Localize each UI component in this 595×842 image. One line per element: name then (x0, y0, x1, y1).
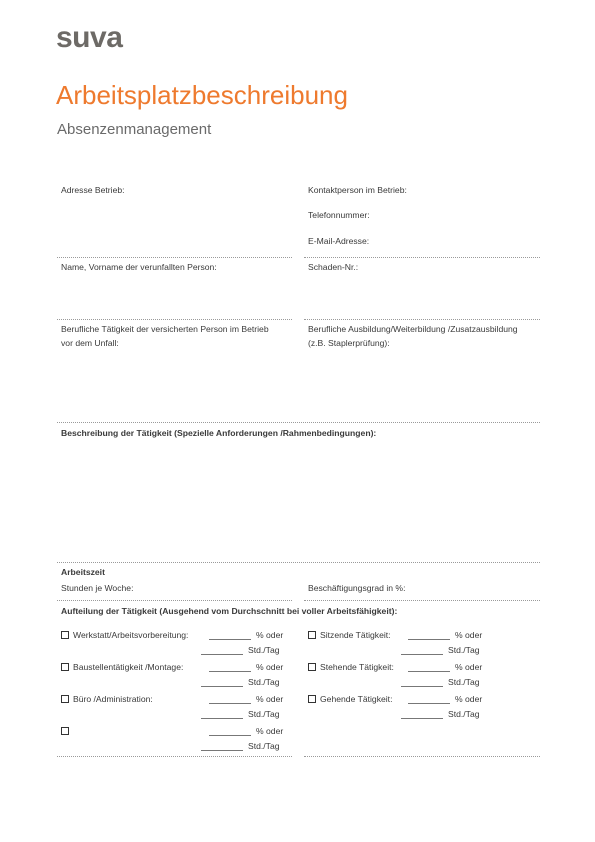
arbeitszeit-heading: Arbeitszeit (61, 565, 105, 579)
taetigkeit-field[interactable]: Berufliche Tätigkeit der versicherten Pe… (61, 322, 269, 350)
activity-werkstatt: Werkstatt/Arbeitsvorbereitung: % oder (61, 628, 283, 642)
divider (304, 319, 540, 320)
unit-label: % oder (256, 724, 283, 738)
activity-label: Baustellentätigkeit /Montage: (73, 660, 209, 674)
checkbox[interactable] (61, 727, 69, 735)
divider (57, 319, 292, 320)
unit-label: % oder (256, 692, 283, 706)
unit-label: % oder (455, 692, 482, 706)
percent-input[interactable] (408, 694, 450, 704)
hours-row: Std./Tag (201, 707, 280, 721)
unit-label: Std./Tag (248, 739, 280, 753)
aufteilung-heading: Aufteilung der Tätigkeit (Ausgehend vom … (61, 604, 397, 618)
telefonnummer-field[interactable]: Telefonnummer: (308, 208, 370, 222)
taetigkeit-label-2: vor dem Unfall: (61, 336, 269, 350)
hours-row: Std./Tag (401, 643, 480, 657)
beschreibung-field[interactable]: Beschreibung der Tätigkeit (Spezielle An… (61, 426, 376, 440)
divider (57, 562, 540, 563)
activity-buero: Büro /Administration: % oder (61, 692, 283, 706)
activity-stehend: Stehende Tätigkeit: % oder (308, 660, 482, 674)
unit-label: Std./Tag (248, 707, 280, 721)
hours-input[interactable] (401, 709, 443, 719)
ausbildung-label-1: Berufliche Ausbildung/Weiterbildung /Zus… (308, 322, 518, 336)
activity-baustelle: Baustellentätigkeit /Montage: % oder (61, 660, 283, 674)
unit-label: % oder (256, 628, 283, 642)
percent-input[interactable] (209, 630, 251, 640)
divider (57, 422, 540, 423)
activity-label: Stehende Tätigkeit: (320, 660, 408, 674)
unit-label: Std./Tag (448, 675, 480, 689)
beschaeftigungsgrad-field[interactable]: Beschäftigungsgrad in %: (308, 581, 405, 595)
hours-row: Std./Tag (401, 707, 480, 721)
activity-label: Werkstatt/Arbeitsvorbereitung: (73, 628, 209, 642)
hours-input[interactable] (201, 741, 243, 751)
hours-row: Std./Tag (201, 643, 280, 657)
divider (57, 600, 292, 601)
hours-row: Std./Tag (401, 675, 480, 689)
kontaktperson-field[interactable]: Kontaktperson im Betrieb: (308, 183, 407, 197)
divider (304, 600, 540, 601)
unit-label: % oder (256, 660, 283, 674)
checkbox[interactable] (308, 695, 316, 703)
checkbox[interactable] (308, 631, 316, 639)
unit-label: Std./Tag (248, 643, 280, 657)
hours-row: Std./Tag (201, 675, 280, 689)
hours-input[interactable] (401, 645, 443, 655)
divider (57, 257, 292, 258)
checkbox[interactable] (61, 663, 69, 671)
suva-logo: suva (56, 20, 122, 56)
page-title: Arbeitsplatzbeschreibung (56, 80, 348, 110)
taetigkeit-label-1: Berufliche Tätigkeit der versicherten Pe… (61, 322, 269, 336)
unit-label: % oder (455, 628, 482, 642)
hours-input[interactable] (201, 677, 243, 687)
unit-label: Std./Tag (448, 643, 480, 657)
name-person-field[interactable]: Name, Vorname der verunfallten Person: (61, 260, 217, 274)
hours-row: Std./Tag (201, 739, 280, 753)
unit-label: Std./Tag (448, 707, 480, 721)
page-subtitle: Absenzenmanagement (57, 121, 211, 139)
percent-input[interactable] (209, 662, 251, 672)
activity-gehend: Gehende Tätigkeit: % oder (308, 692, 482, 706)
activity-label: Büro /Administration: (73, 692, 209, 706)
hours-input[interactable] (201, 645, 243, 655)
activity-sitzend: Sitzende Tätigkeit: % oder (308, 628, 482, 642)
activity-label: Gehende Tätigkeit: (320, 692, 408, 706)
email-field[interactable]: E-Mail-Adresse: (308, 234, 369, 248)
checkbox[interactable] (308, 663, 316, 671)
unit-label: Std./Tag (248, 675, 280, 689)
percent-input[interactable] (209, 726, 251, 736)
ausbildung-field[interactable]: Berufliche Ausbildung/Weiterbildung /Zus… (308, 322, 518, 350)
divider (304, 756, 540, 757)
percent-input[interactable] (209, 694, 251, 704)
activity-label: Sitzende Tätigkeit: (320, 628, 408, 642)
divider (304, 257, 540, 258)
ausbildung-label-2: (z.B. Staplerprüfung): (308, 336, 518, 350)
adresse-betrieb-field[interactable]: Adresse Betrieb: (61, 183, 125, 197)
checkbox[interactable] (61, 695, 69, 703)
unit-label: % oder (455, 660, 482, 674)
divider (57, 756, 292, 757)
checkbox[interactable] (61, 631, 69, 639)
percent-input[interactable] (408, 630, 450, 640)
hours-input[interactable] (201, 709, 243, 719)
schaden-nr-field[interactable]: Schaden-Nr.: (308, 260, 358, 274)
percent-input[interactable] (408, 662, 450, 672)
stunden-field[interactable]: Stunden je Woche: (61, 581, 133, 595)
activity-other: % oder (61, 724, 283, 738)
hours-input[interactable] (401, 677, 443, 687)
